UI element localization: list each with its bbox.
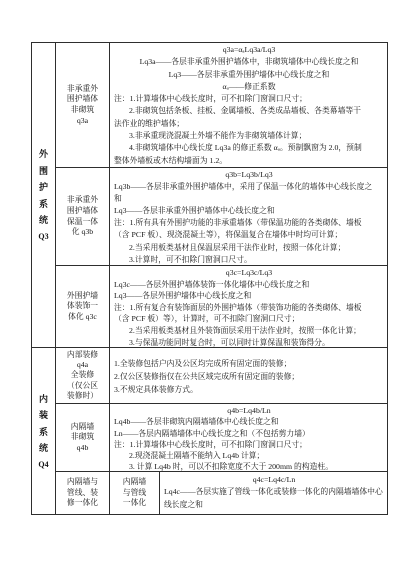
header-line: 体化 q3c	[68, 312, 97, 323]
table-row-q4c: 内隔墙与管线、装修一体化 内隔墙与管线一体化 q4c=Lq4c/LnLq4c——…	[56, 471, 387, 514]
header-line: 围护墙体	[67, 94, 98, 105]
content-line: Lq3a——各层非承重外围护墙体中，非砌筑墙体中心线长度之和	[114, 56, 384, 68]
content-line: 和	[114, 193, 384, 205]
table-row-q3a: 非承重外围护墙体非砌筑q3a q3a=αₐLq3a/Lq3Lq3a——各层非承重…	[56, 43, 387, 167]
content-line: 注：1.计算墙体中心线长度时，可不扣除门窗洞口尺寸；	[114, 439, 384, 450]
section-q3: 外围护系统 Q3 非承重外围护墙体非砌筑q3a q3a=αₐLq3a/Lq3Lq…	[32, 43, 387, 347]
content-line: q4c=Lq4c/Ln	[164, 474, 384, 486]
row-header-q4c-sub: 内隔墙与管线一体化	[110, 472, 160, 514]
header-line: 非砌筑	[71, 105, 94, 116]
header-line: 与管线	[123, 488, 146, 499]
row-content-q3b: q3b=Lq3b/Lq3Lq3b——各层非承重外围护墙体中，采用了保温一体化的墙…	[110, 168, 387, 265]
row-header-q3b: 非承重外围护墙体保温一体化 q3b	[56, 168, 110, 265]
system-label-char: 围	[39, 163, 48, 180]
header-line: 装修时）	[67, 391, 98, 401]
system-label-char: 护	[39, 179, 48, 196]
content-line: 2.仅公区装修指仅在公共区域完成所有固定面的装修；	[114, 370, 384, 383]
content-line: αₐ——修正系数	[114, 81, 384, 93]
header-line: （仅公区	[67, 381, 98, 391]
content-line: 1.全装修包括户内及公区均完成所有固定面的装修；	[114, 357, 384, 370]
content-line: Lq3——各层非承重外围护墙体中心线长度之和	[114, 69, 384, 81]
row-content-q4c: q4c=Lq4c/LnLq4c——各层实施了管线一体化或装修一体化的内隔墙墙体中…	[160, 472, 387, 514]
header-line: 管线、装	[67, 488, 98, 499]
content-line: 注：1.所有具有外围护功能的非承重墙体（带保温功能的各类砌体、墙板	[114, 217, 384, 229]
content-line: 3.不规定具体装修方式。	[114, 383, 384, 396]
header-line: 非砌筑	[71, 432, 94, 443]
header-line: 体装饰一	[67, 301, 98, 312]
system-label-char: 装	[39, 407, 48, 424]
document-page: 外围护系统 Q3 非承重外围护墙体非砌筑q3a q3a=αₐLq3a/Lq3Lq…	[0, 0, 400, 566]
content-line: q3c=Lq3c/Lq3	[114, 267, 384, 279]
table-row-q3c: 外围护墙体装饰一体化 q3c q3c=Lq3c/Lq3Lq3c——各层外围护墙体…	[56, 265, 387, 347]
row-content-q4b: q4b=Lq4b/LnLq4b——各层非砌筑内隔墙墙体中心线长度之和Ln——各层…	[110, 404, 387, 471]
row-content-q3a: q3a=αₐLq3a/Lq3Lq3a——各层非承重外围护墙体中，非砌筑墙体中心线…	[110, 43, 387, 167]
content-line: 2.非砌筑包括条板、挂板、金属墙板、各类成品墙板、各类幕墙等干	[114, 105, 384, 117]
system-label-q3: 外围护系统	[39, 146, 48, 229]
section-q4-rows: 内部装修q4a全装修（仅公区装修时） 1.全装修包括户内及公区均完成所有固定面的…	[56, 348, 387, 514]
content-line: 注：1.所有复合有装饰面层的外围护墙体（带装饰功能的各类砌体、墙板	[114, 302, 384, 314]
header-line: 一体化	[123, 498, 146, 509]
header-line: 围护墙体	[67, 206, 98, 217]
system-label-char: 外	[39, 146, 48, 163]
header-line: 内隔墙	[123, 477, 146, 488]
section-q3-rows: 非承重外围护墙体非砌筑q3a q3a=αₐLq3a/Lq3Lq3a——各层非承重…	[56, 43, 387, 347]
content-line: （含 PCF 板）、现浇混凝土等），将保温复合在墙体中时均可计算；	[114, 229, 384, 241]
system-label-char: 系	[39, 424, 48, 441]
system-code-q3: Q3	[38, 229, 48, 244]
header-line: 化 q3b	[72, 227, 93, 238]
content-line: 注：1.计算墙体中心线长度时，可不扣除门窗洞口尺寸；	[114, 93, 384, 105]
system-label-char: 系	[39, 196, 48, 213]
prefab-scoring-table: 外围护系统 Q3 非承重外围护墙体非砌筑q3a q3a=αₐLq3a/Lq3Lq…	[31, 42, 388, 515]
content-line: Lq3——各层外围护墙体中心线长度之和	[114, 290, 384, 302]
content-line: Ln——各层内隔墙墙体中心线长度之和（不包括剪力墙）	[114, 428, 384, 439]
row-content-q4a: 1.全装修包括户内及公区均完成所有固定面的装修；2.仅公区装修指仅在公共区域完成…	[110, 348, 387, 403]
header-line: q4b	[77, 443, 89, 454]
content-line: 2.现浇混凝土隔墙不能纳入 Lq4b 计算；	[114, 450, 384, 461]
header-line: 内隔墙	[71, 422, 94, 433]
content-line: 2.当采用板类基材且外装饰面层采用干法作业时，按照一体化计算；	[114, 325, 384, 337]
row-header-q3a: 非承重外围护墙体非砌筑q3a	[56, 43, 110, 167]
content-line: q3a=αₐLq3a/Lq3	[114, 44, 384, 56]
header-line: q4a	[77, 360, 88, 370]
header-line: 内隔墙与	[67, 477, 98, 488]
table-row-q4b: 内隔墙非砌筑q4b q4b=Lq4b/LnLq4b——各层非砌筑内隔墙墙体中心线…	[56, 403, 387, 471]
row-header-q4a: 内部装修q4a全装修（仅公区装修时）	[56, 348, 110, 403]
content-line: Lq3b——各层非承重外围护墙体中，采用了保温一体化的墙体中心线长度之	[114, 181, 384, 193]
row-header-q4c-group: 内隔墙与管线、装修一体化	[56, 472, 110, 514]
system-header-q4: 内装系统 Q4	[32, 348, 56, 514]
content-line: 3.非承重现浇混凝土外墙不能作为非砌筑墙体计算；	[114, 130, 384, 142]
content-line: 3.计算时，可不扣除门窗洞口尺寸。	[114, 254, 384, 265]
table-row-q4a: 内部装修q4a全装修（仅公区装修时） 1.全装修包括户内及公区均完成所有固定面的…	[56, 348, 387, 403]
content-line: 3.与保温功能同时复合时，可以同时计算保温和装饰得分。	[114, 337, 384, 347]
row-header-q3c: 外围护墙体装饰一体化 q3c	[56, 266, 110, 347]
content-line: 3. 计算 Lq4b 时，可以不扣除宽度不大于 200mm 的构造柱。	[114, 461, 384, 471]
content-line: 线长度之和	[164, 499, 384, 511]
content-line: Lq4c——各层实施了管线一体化或装修一体化的内隔墙墙体中心	[164, 486, 384, 498]
header-line: 全装修	[71, 370, 94, 380]
content-line: （含 PCF 板）等），计算时，可不扣除门窗洞口尺寸；	[114, 313, 384, 325]
content-line: 4.非砌筑墙体中心线长度 Lq3a 的修正系数 αₐ。预制飘窗为 2.0，预制	[114, 142, 384, 154]
header-line: 外围护墙	[67, 291, 98, 302]
system-code-q4: Q4	[38, 457, 48, 472]
section-q4: 内装系统 Q4 内部装修q4a全装修（仅公区装修时） 1.全装修包括户内及公区均…	[32, 347, 387, 514]
content-line: q3b=Lq3b/Lq3	[114, 169, 384, 181]
header-line: 修一体化	[67, 498, 98, 509]
content-line: 2.当采用板类基材且保温层采用干法作业时，按照一体化计算；	[114, 242, 384, 254]
content-line: Lq4b——各层非砌筑内隔墙墙体中心线长度之和	[114, 416, 384, 427]
system-label-q4: 内装系统	[39, 391, 48, 457]
content-line: Lq3——各层非承重外围护墙体中心线长度之和	[114, 205, 384, 217]
content-line: 整体外墙板或木结构墙面为 1.2。	[114, 155, 384, 167]
header-line: 非承重外	[67, 195, 98, 206]
table-row-q3b: 非承重外围护墙体保温一体化 q3b q3b=Lq3b/Lq3Lq3b——各层非承…	[56, 167, 387, 265]
header-line: q3a	[77, 116, 88, 127]
system-label-char: 内	[39, 391, 48, 408]
system-label-char: 统	[39, 212, 48, 229]
header-line: 内部装修	[67, 350, 98, 360]
system-label-char: 统	[39, 440, 48, 457]
header-line: 非承重外	[67, 84, 98, 95]
row-content-q3c: q3c=Lq3c/Lq3Lq3c——各层外围护墙体装饰一体化墙体中心线长度之和L…	[110, 266, 387, 347]
system-header-q3: 外围护系统 Q3	[32, 43, 56, 347]
content-line: Lq3c——各层外围护墙体装饰一体化墙体中心线长度之和	[114, 279, 384, 291]
header-line: 保温一体	[67, 217, 98, 228]
content-line: 法作业的维护墙体；	[114, 118, 384, 130]
content-line: q4b=Lq4b/Ln	[114, 405, 384, 416]
row-header-q4b: 内隔墙非砌筑q4b	[56, 404, 110, 471]
